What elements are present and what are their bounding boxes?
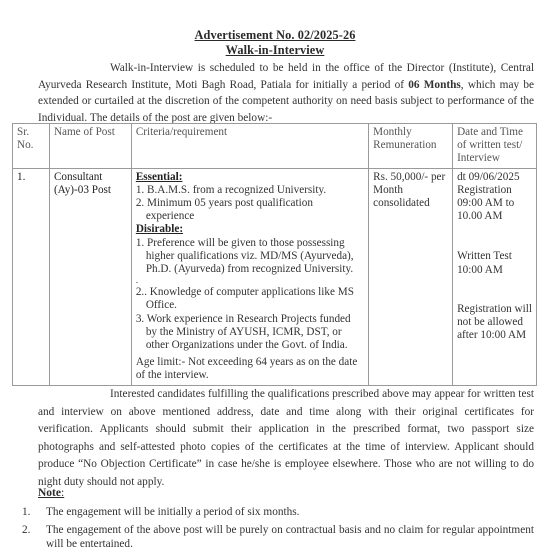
cell-criteria: Essential: 1. B.A.M.S. from a recognized… <box>131 168 368 385</box>
cell-sr-no: 1. <box>13 168 50 385</box>
desirable-item: 3. Work experience in Research Projects … <box>136 313 364 353</box>
notes-list: 1. The engagement will be initially a pe… <box>22 505 534 550</box>
essential-label: Essential: <box>136 171 364 184</box>
header-sr-no: Sr. No. <box>13 124 50 169</box>
schedule-date-registration: dt 09/06/2025 Registration 09:00 AM to 1… <box>457 171 532 224</box>
desirable-item: 1. Preference will be given to those pos… <box>136 237 364 277</box>
table-row: 1. Consultant (Ay)-03 Post Essential: 1.… <box>13 168 537 385</box>
header-date-time: Date and Time of written test/ Interview <box>453 124 537 169</box>
cell-schedule: dt 09/06/2025 Registration 09:00 AM to 1… <box>453 168 537 385</box>
age-limit: Age limit:- Not exceeding 64 years as on… <box>136 356 364 382</box>
note-label-text: Note <box>38 487 61 499</box>
note-heading: Note: <box>38 487 64 499</box>
note-item: 2. The engagement of the above post will… <box>22 523 534 550</box>
cell-remuneration: Rs. 50,000/- per Month consolidated <box>369 168 453 385</box>
desirable-item: 2.. Knowledge of computer applications l… <box>136 286 364 312</box>
essential-item: 1. B.A.M.S. from a recognized University… <box>136 184 364 197</box>
note-text: The engagement will be initially a perio… <box>46 505 534 520</box>
advertisement-number-title: Advertisement No. 02/2025-26 <box>0 28 550 43</box>
header-post-name: Name of Post <box>49 124 131 169</box>
note-colon: : <box>61 487 64 499</box>
note-number: 2. <box>22 523 46 550</box>
cell-post-name: Consultant (Ay)-03 Post <box>49 168 131 385</box>
schedule-registration-note: Registration will not be allowed after 1… <box>457 303 532 343</box>
walk-in-interview-subtitle: Walk-in-Interview <box>0 43 550 58</box>
post-details-table: Sr. No. Name of Post Criteria/requiremen… <box>12 123 537 386</box>
desirable-label: Disirable: <box>136 223 364 236</box>
header-criteria: Criteria/requirement <box>131 124 368 169</box>
table-header-row: Sr. No. Name of Post Criteria/requiremen… <box>13 124 537 169</box>
intro-paragraph: Walk-in-Interview is scheduled to be hel… <box>38 60 534 126</box>
intro-period-bold: 06 Months <box>408 79 461 91</box>
instructions-text: Interested candidates fulfilling the qua… <box>38 388 534 488</box>
header-remuneration: Monthly Remuneration <box>369 124 453 169</box>
note-item: 1. The engagement will be initially a pe… <box>22 505 534 520</box>
schedule-written-test: Written Test 10:00 AM <box>457 250 532 276</box>
essential-item: 2. Minimum 05 years post qualification e… <box>136 197 364 223</box>
instructions-paragraph: Interested candidates fulfilling the qua… <box>38 386 534 492</box>
note-text: The engagement of the above post will be… <box>46 523 534 550</box>
note-number: 1. <box>22 505 46 520</box>
spacer-mark: . <box>136 276 364 286</box>
